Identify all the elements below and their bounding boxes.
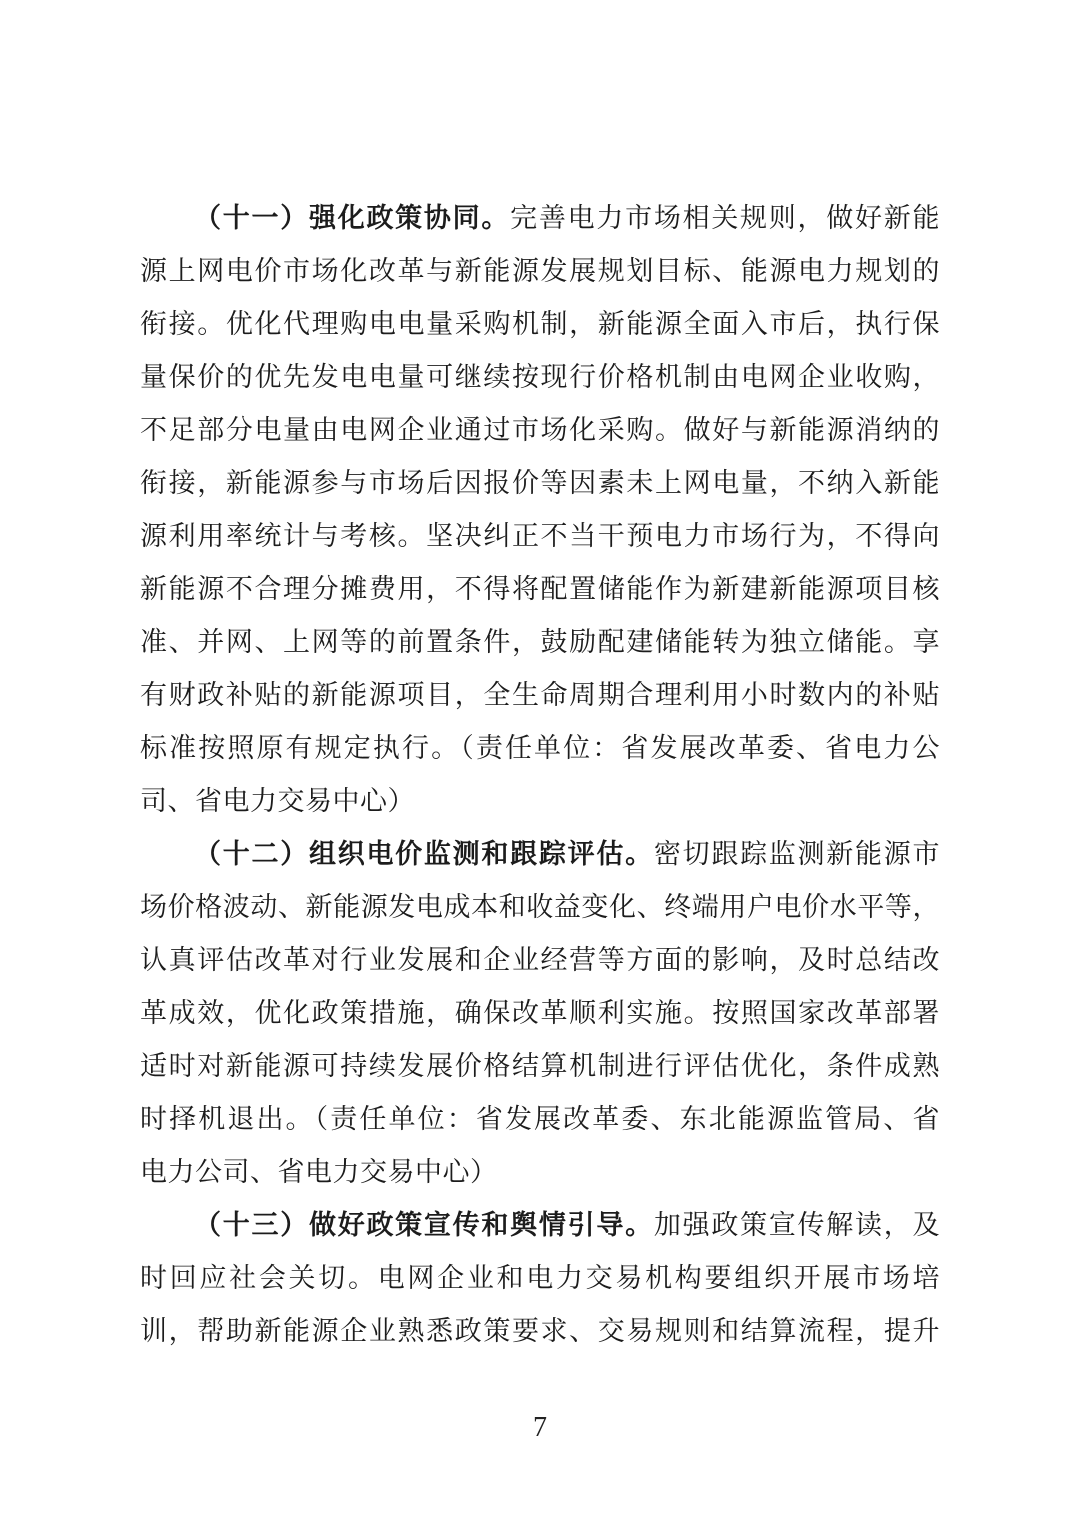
line-text: 衔接，新能源参与市场后因报价等因素未上网电量，不纳入新能 — [140, 468, 940, 498]
text-line: 准、并网、上网等的前置条件，鼓励配建储能转为独立储能。享 — [140, 616, 940, 669]
line-text: 场价格波动、新能源发电成本和收益变化、终端用户电价水平等， — [140, 892, 940, 922]
line-text: 源上网电价市场化改革与新能源发展规划目标、能源电力规划的 — [140, 256, 940, 286]
line-text: 新能源不合理分摊费用，不得将配置储能作为新建新能源项目核 — [140, 574, 940, 604]
text-line: 新能源不合理分摊费用，不得将配置储能作为新建新能源项目核 — [140, 563, 940, 616]
text-line: 训，帮助新能源企业熟悉政策要求、交易规则和结算流程，提升 — [140, 1305, 940, 1358]
line-text: 标准按照原有规定执行。（责任单位：省发展改革委、省电力公 — [140, 733, 940, 763]
text-line: 衔接，新能源参与市场后因报价等因素未上网电量，不纳入新能 — [140, 457, 940, 510]
section-heading: （十三）做好政策宣传和舆情引导。 — [194, 1210, 654, 1240]
line-text: 量保价的优先发电电量可继续按现行价格机制由电网企业收购， — [140, 362, 940, 392]
text-line: 量保价的优先发电电量可继续按现行价格机制由电网企业收购， — [140, 351, 940, 404]
text-line: 衔接。优化代理购电电量采购机制，新能源全面入市后，执行保 — [140, 298, 940, 351]
text-line: （十二）组织电价监测和跟踪评估。密切跟踪监测新能源市 — [140, 828, 940, 881]
text-line: （十三）做好政策宣传和舆情引导。加强政策宣传解读，及 — [140, 1199, 940, 1252]
line-text: 革成效，优化政策措施，确保改革顺利实施。按照国家改革部署 — [140, 998, 940, 1028]
text-line: 标准按照原有规定执行。（责任单位：省发展改革委、省电力公 — [140, 722, 940, 775]
text-line: 革成效，优化政策措施，确保改革顺利实施。按照国家改革部署 — [140, 987, 940, 1040]
text-line: 适时对新能源可持续发展价格结算机制进行评估优化，条件成熟 — [140, 1040, 940, 1093]
line-text: 时回应社会关切。电网企业和电力交易机构要组织开展市场培 — [140, 1263, 940, 1293]
text-line: 不足部分电量由电网企业通过市场化采购。做好与新能源消纳的 — [140, 404, 940, 457]
line-text: 时择机退出。（责任单位：省发展改革委、东北能源监管局、省 — [140, 1104, 940, 1134]
line-text: 训，帮助新能源企业熟悉政策要求、交易规则和结算流程，提升 — [140, 1316, 940, 1346]
document-body: （十一）强化政策协同。完善电力市场相关规则，做好新能 源上网电价市场化改革与新能… — [140, 192, 940, 1358]
line-text: 有财政补贴的新能源项目，全生命周期合理利用小时数内的补贴 — [140, 680, 940, 710]
line-text: 完善电力市场相关规则，做好新能 — [510, 203, 940, 233]
text-line: 场价格波动、新能源发电成本和收益变化、终端用户电价水平等， — [140, 881, 940, 934]
text-line: 源利用率统计与考核。坚决纠正不当干预电力市场行为，不得向 — [140, 510, 940, 563]
text-line: （十一）强化政策协同。完善电力市场相关规则，做好新能 — [140, 192, 940, 245]
text-line: 时择机退出。（责任单位：省发展改革委、东北能源监管局、省 — [140, 1093, 940, 1146]
section-heading: （十一）强化政策协同。 — [194, 203, 510, 233]
paragraph-13: （十三）做好政策宣传和舆情引导。加强政策宣传解读，及 时回应社会关切。电网企业和… — [140, 1199, 940, 1358]
document-page: （十一）强化政策协同。完善电力市场相关规则，做好新能 源上网电价市场化改革与新能… — [0, 0, 1080, 1527]
text-line: 司、省电力交易中心） — [140, 775, 940, 828]
line-text: 适时对新能源可持续发展价格结算机制进行评估优化，条件成熟 — [140, 1051, 940, 1081]
line-text: 准、并网、上网等的前置条件，鼓励配建储能转为独立储能。享 — [140, 627, 940, 657]
text-line: 有财政补贴的新能源项目，全生命周期合理利用小时数内的补贴 — [140, 669, 940, 722]
line-text: 密切跟踪监测新能源市 — [654, 839, 940, 869]
line-text: 不足部分电量由电网企业通过市场化采购。做好与新能源消纳的 — [140, 415, 940, 445]
line-text: 司、省电力交易中心） — [140, 786, 415, 816]
line-text: 衔接。优化代理购电电量采购机制，新能源全面入市后，执行保 — [140, 309, 940, 339]
paragraph-12: （十二）组织电价监测和跟踪评估。密切跟踪监测新能源市 场价格波动、新能源发电成本… — [140, 828, 940, 1199]
page-number: 7 — [0, 1408, 1080, 1448]
text-line: 时回应社会关切。电网企业和电力交易机构要组织开展市场培 — [140, 1252, 940, 1305]
text-line: 认真评估改革对行业发展和企业经营等方面的影响，及时总结改 — [140, 934, 940, 987]
line-text: 源利用率统计与考核。坚决纠正不当干预电力市场行为，不得向 — [140, 521, 940, 551]
text-line: 电力公司、省电力交易中心） — [140, 1146, 940, 1199]
line-text: 电力公司、省电力交易中心） — [140, 1157, 498, 1187]
section-heading: （十二）组织电价监测和跟踪评估。 — [194, 839, 654, 869]
line-text: 认真评估改革对行业发展和企业经营等方面的影响，及时总结改 — [140, 945, 940, 975]
line-text: 加强政策宣传解读，及 — [654, 1210, 940, 1240]
paragraph-11: （十一）强化政策协同。完善电力市场相关规则，做好新能 源上网电价市场化改革与新能… — [140, 192, 940, 828]
text-line: 源上网电价市场化改革与新能源发展规划目标、能源电力规划的 — [140, 245, 940, 298]
